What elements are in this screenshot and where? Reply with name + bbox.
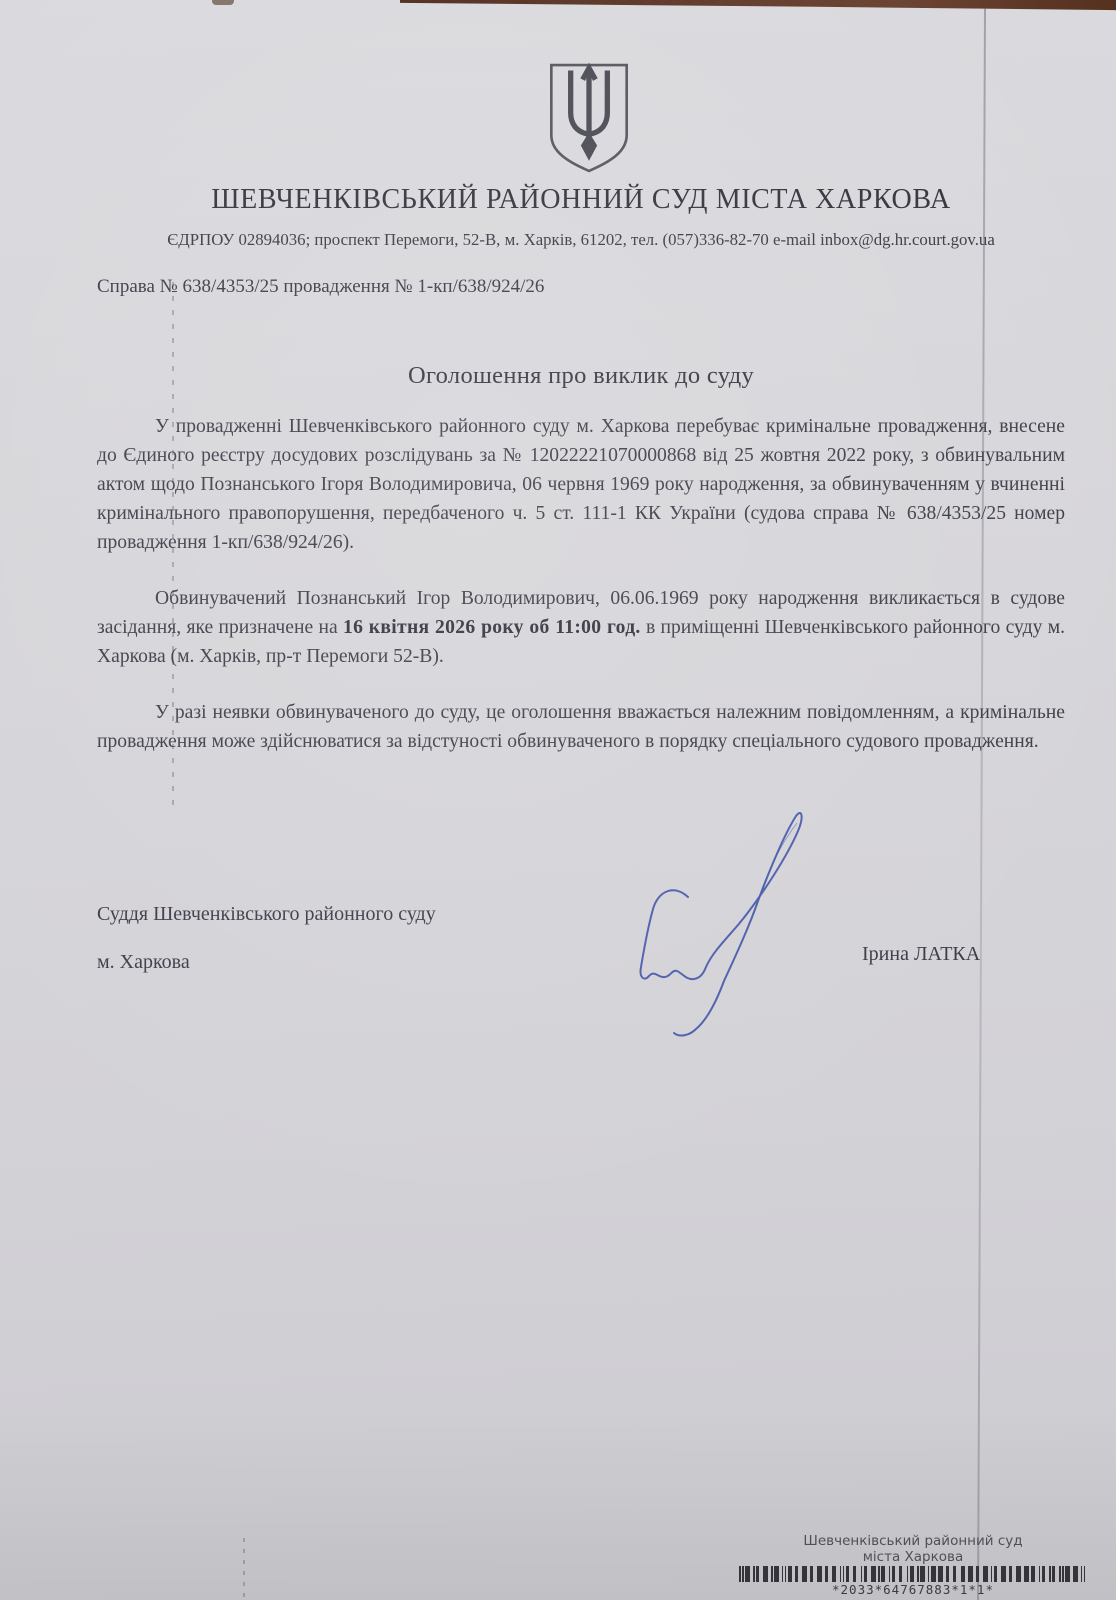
scanned-court-document-photo: ШЕВЧЕНКІВСЬКИЙ РАЙОННИЙ СУД МІСТА ХАРКОВ… bbox=[0, 0, 1116, 1600]
court-contact-details: ЄДРПОУ 02894036; проспект Перемоги, 52-В… bbox=[60, 230, 1102, 250]
judge-title-line1: Суддя Шевченківського районного суду bbox=[97, 903, 436, 926]
paragraph-summons: Обвинувачений Познанський Ігор Володимир… bbox=[97, 584, 1065, 671]
judge-title-line2: м. Харкова bbox=[97, 951, 436, 974]
stamp-court-line1: Шевченківський районний суд bbox=[736, 1533, 1090, 1549]
paragraph-absence-notice: У разі неявки обвинуваченого до суду, це… bbox=[97, 698, 1065, 756]
paper-fold-crease-left-bottom bbox=[243, 1538, 245, 1600]
court-name-heading: ШЕВЧЕНКІВСЬКИЙ РАЙОННИЙ СУД МІСТА ХАРКОВ… bbox=[97, 184, 1065, 216]
document-title: Оголошення про виклик до суду bbox=[97, 362, 1065, 390]
barcode-value: *2033*64767883*1*1* bbox=[736, 1582, 1090, 1597]
judge-title-block: Суддя Шевченківського районного суду м. … bbox=[97, 903, 436, 974]
paragraph-proceedings-info: У провадженні Шевченківського районного … bbox=[97, 412, 1065, 557]
judge-name: Ірина ЛАТКА bbox=[862, 943, 980, 966]
desk-background-mark bbox=[212, 0, 234, 5]
case-number-line: Справа № 638/4353/25 провадження № 1-кп/… bbox=[97, 276, 544, 298]
stamp-court-line2: міста Харкова bbox=[736, 1549, 1090, 1565]
code39-barcode-icon bbox=[736, 1566, 1090, 1582]
desk-background-strip bbox=[400, 0, 1116, 13]
court-registration-stamp: Шевченківський районний суд міста Харков… bbox=[736, 1533, 1090, 1597]
document-body: У провадженні Шевченківського районного … bbox=[97, 412, 1065, 756]
judge-signature-icon bbox=[608, 796, 823, 1048]
hearing-date-time: 16 квітня 2026 року об 11:00 год. bbox=[343, 617, 641, 638]
ukraine-trident-coat-of-arms-icon bbox=[546, 62, 632, 174]
